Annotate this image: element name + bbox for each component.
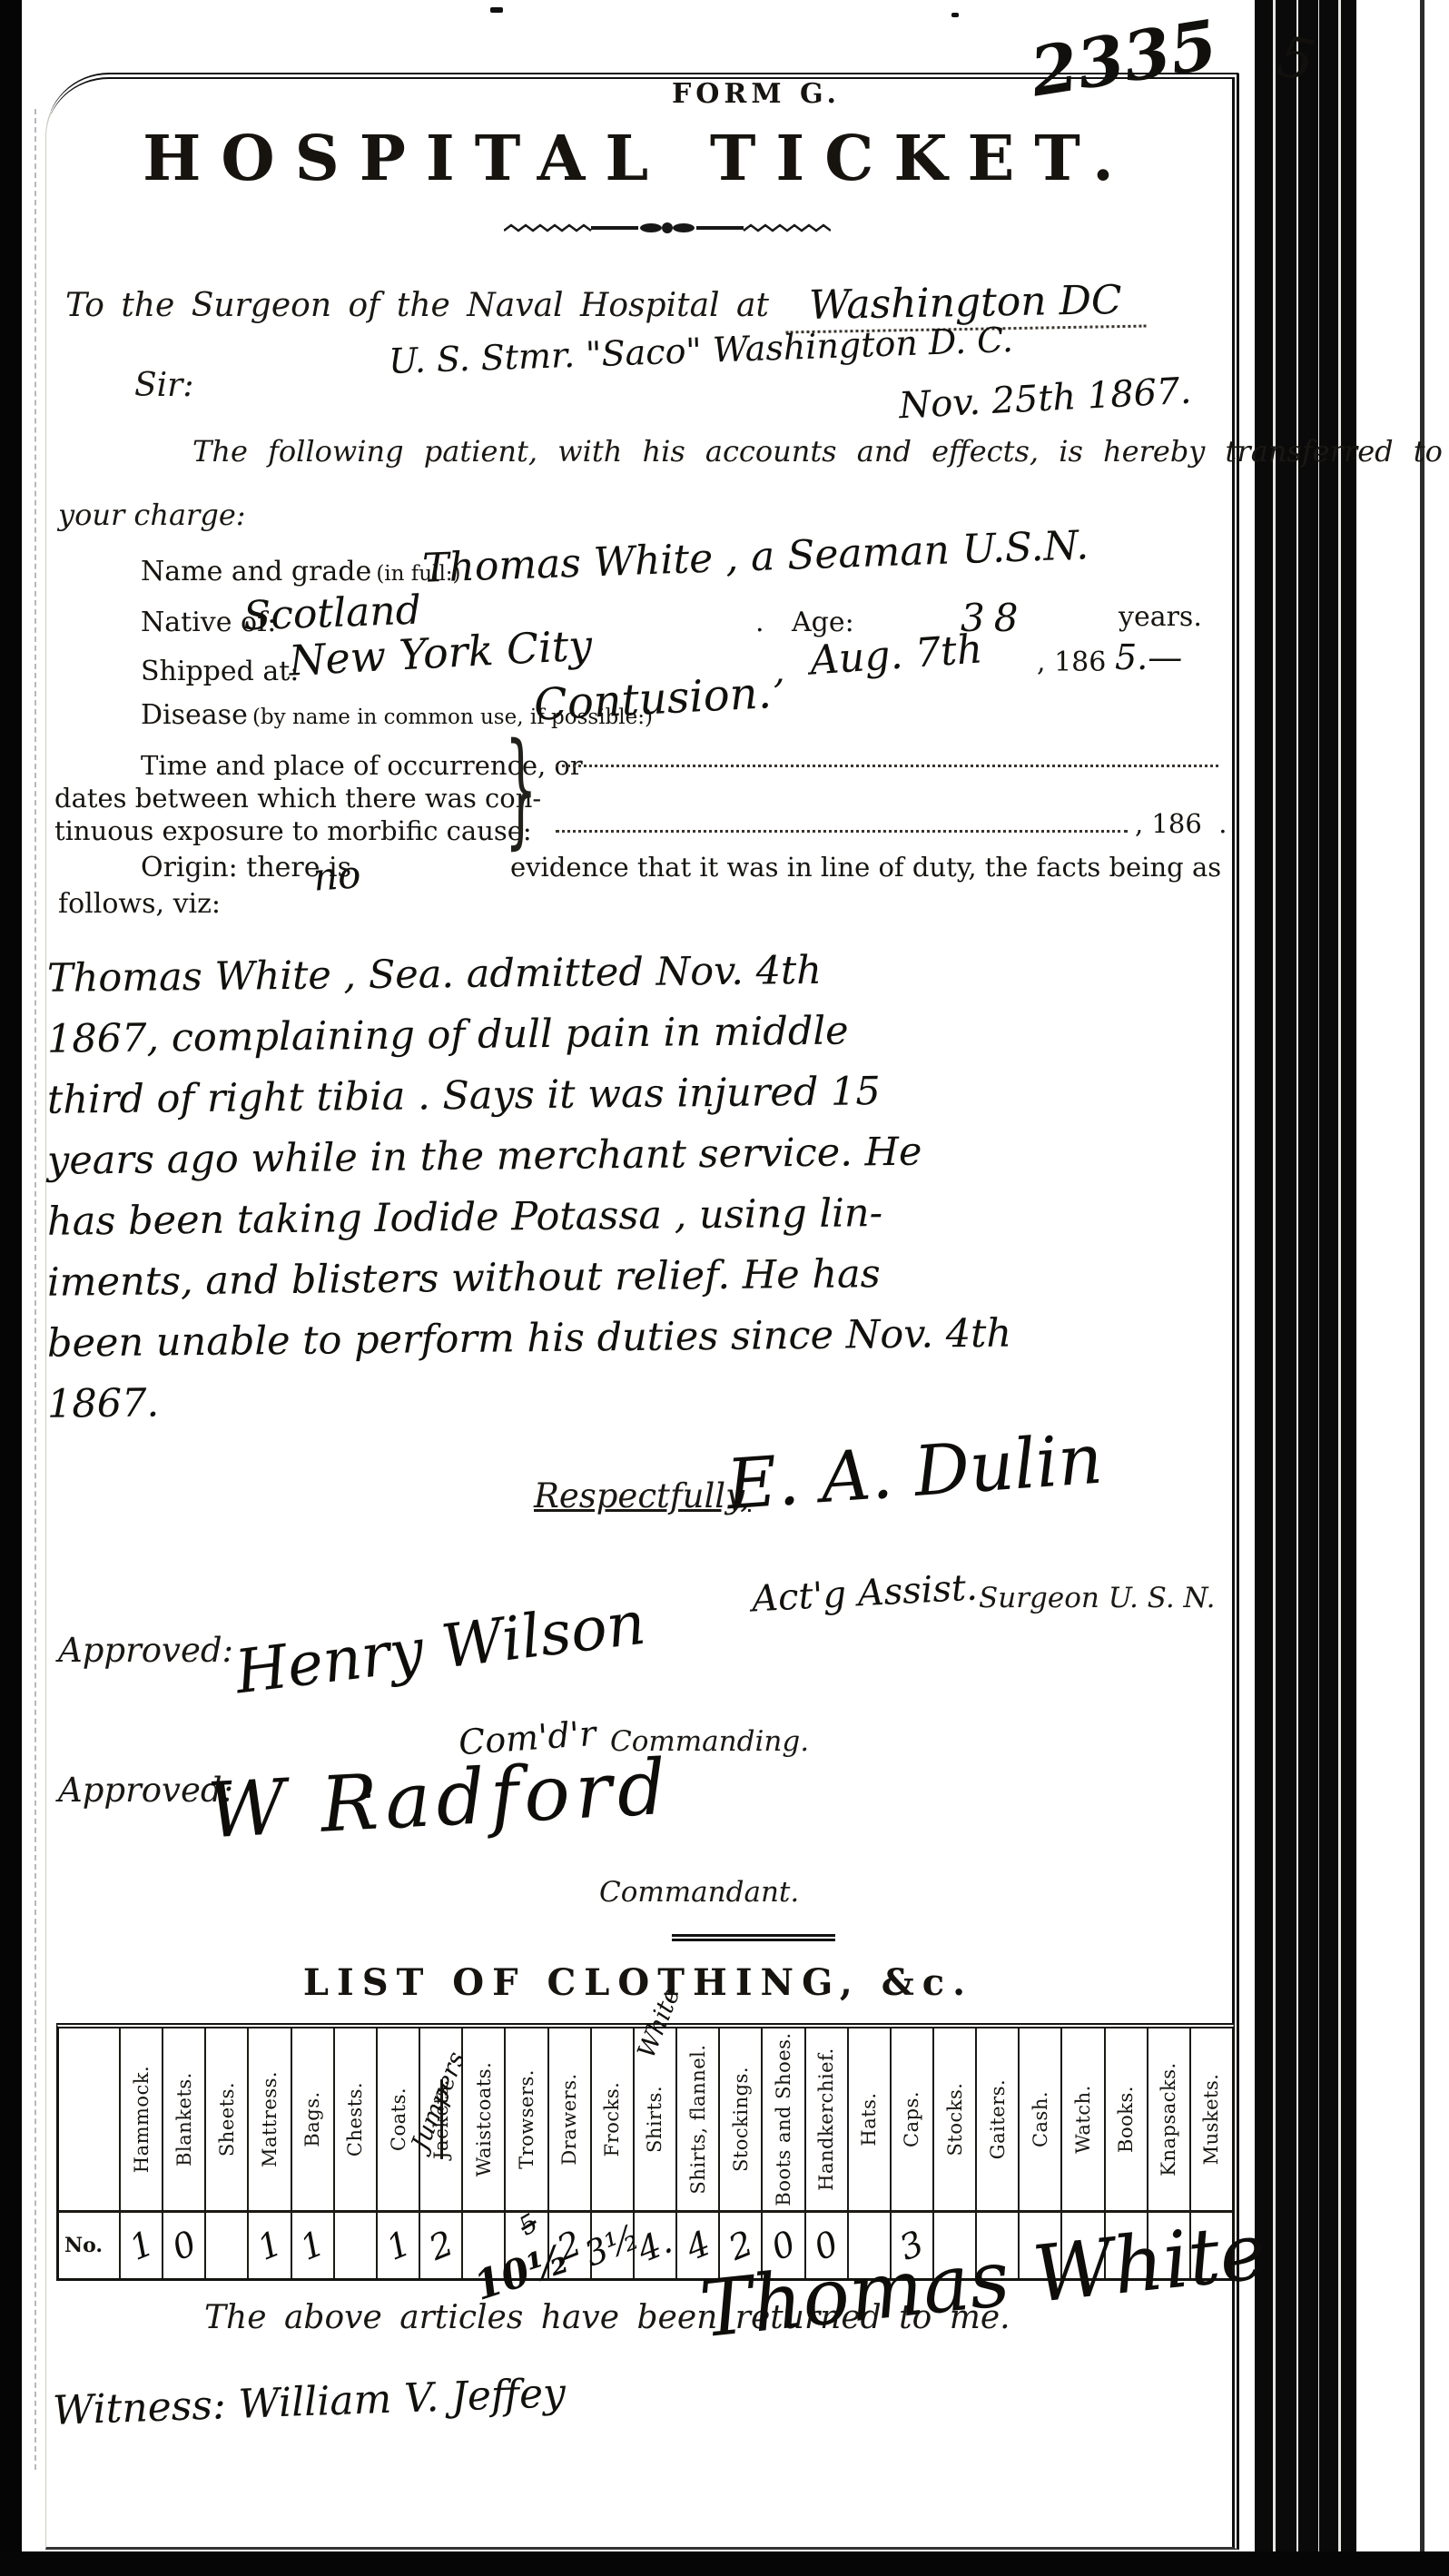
- salutation-line: To the Surgeon of the Naval Hospital at …: [65, 280, 1227, 331]
- narrative-paragraph: Thomas White , Sea. admitted Nov. 4th186…: [47, 943, 1218, 1429]
- clothing-header-cell: Boots and Shoes.: [763, 2028, 803, 2213]
- clothing-col-hats: Hats.: [849, 2028, 892, 2278]
- shipped-year-entry: 5.—: [1115, 637, 1182, 677]
- clothing-count: 4: [680, 2223, 715, 2268]
- scan-speck: [951, 13, 959, 17]
- clothing-column-label: Shirts.: [644, 2086, 665, 2153]
- commandant-label: Commandant.: [599, 1876, 799, 1909]
- clothing-column-label: Stocks.: [944, 2083, 966, 2157]
- shipped-year-printed: , 186: [1037, 646, 1106, 678]
- clothing-header-cell: Coats.: [378, 2028, 419, 2213]
- clothing-col-blankets: Blankets.0: [163, 2028, 206, 2278]
- clothing-col-shirts-flannel: Shirts, flannel.4: [677, 2028, 720, 2278]
- origin-suffix: evidence that it was in line of duty, th…: [510, 852, 1221, 883]
- clothing-value-cell: 3½: [592, 2213, 633, 2278]
- shipped-comma: ,: [774, 650, 785, 692]
- occurrence-label-line2: dates between which there was con-: [54, 783, 541, 814]
- clothing-value-cell: 1: [292, 2213, 333, 2278]
- binding-streak: [1338, 0, 1341, 2576]
- clothing-list-title: LIST OF CLOTHING, &c.: [50, 1961, 1227, 2004]
- clothing-value-cell: [206, 2213, 247, 2278]
- clothing-col-sheets: Sheets.: [206, 2028, 249, 2278]
- clothing-column-label: Hammock.: [131, 2066, 153, 2173]
- clothing-column-label: Mattress.: [259, 2071, 281, 2167]
- age-suffix: years.: [1119, 601, 1202, 633]
- clothing-header-cell: Sheets.: [206, 2028, 247, 2213]
- clothing-value-cell: 1: [378, 2213, 419, 2278]
- clothing-header-cell: Stockings.: [720, 2028, 761, 2213]
- clothing-value-cell: 2: [420, 2213, 461, 2278]
- clothing-col-bags: Bags.1: [292, 2028, 335, 2278]
- clothing-column-label: Watch.: [1072, 2085, 1094, 2154]
- clothing-header-cell: Knapsacks.: [1148, 2028, 1189, 2213]
- clothing-col-trowsers: Trowsers.510½: [506, 2028, 548, 2278]
- clothing-value-cell: 4.: [635, 2213, 675, 2278]
- surgeon-title-printed: Surgeon U. S. N.: [979, 1582, 1216, 1614]
- approved-label-1: Approved:: [58, 1631, 233, 1670]
- clothing-header-cell: Handkerchief.: [806, 2028, 847, 2213]
- scan-left-edge: [0, 0, 22, 2576]
- clothing-col-jackets: Jackets.Jumpers2: [420, 2028, 463, 2278]
- clothing-column-label: Hats.: [858, 2092, 880, 2146]
- salutation-printed: To the Surgeon of the Naval Hospital at: [65, 287, 769, 324]
- occurrence-blank-line-1: [556, 745, 1218, 767]
- scan-page-edge-line: [1420, 0, 1424, 2576]
- clothing-col-stockings: Stockings.2: [720, 2028, 763, 2278]
- clothing-col-handkerchief: Handkerchief.0: [806, 2028, 849, 2278]
- clothing-column-label: Trowsers.: [516, 2069, 537, 2169]
- clothing-header-cell: Waistcoats.: [463, 2028, 504, 2213]
- clothing-col-hammock: Hammock.1: [121, 2028, 163, 2278]
- binding-streak: [1273, 0, 1276, 2576]
- section-divider: [672, 1934, 835, 1941]
- clothing-header-cell: Stocks.: [934, 2028, 975, 2213]
- sir-label: Sir:: [134, 367, 194, 404]
- clothing-col-boots-and-shoes: Boots and Shoes.0: [763, 2028, 805, 2278]
- clothing-col-shirts: Shirts.White4.: [635, 2028, 677, 2278]
- clothing-header-cell: Muskets.: [1191, 2028, 1232, 2213]
- scan-book-binding-band: [1255, 0, 1356, 2576]
- clothing-value-cell: 1: [249, 2213, 290, 2278]
- clothing-column-label: Sheets.: [216, 2082, 238, 2157]
- name-row: Name and grade (in full:): [141, 556, 461, 587]
- clothing-count: 1: [295, 2223, 330, 2268]
- clothing-header-blank: [59, 2028, 119, 2213]
- clothing-column-label: Waistcoats.: [473, 2062, 495, 2177]
- clothing-header-cell: Bags.: [292, 2028, 333, 2213]
- origin-entry: no: [311, 852, 362, 900]
- ornament-divider: [504, 218, 831, 243]
- clothing-col-no: No.: [59, 2028, 121, 2278]
- clothing-header-cell: Watch.: [1062, 2028, 1103, 2213]
- clothing-column-label: Gaiters.: [987, 2079, 1009, 2159]
- clothing-header-cell: Chests.: [335, 2028, 376, 2213]
- respectfully-label: Respectfully,: [534, 1476, 751, 1515]
- occurrence-label-line3: tinuous exposure to morbific cause:: [54, 815, 532, 846]
- clothing-column-label: Books.: [1115, 2086, 1137, 2153]
- clothing-count: 0: [166, 2223, 202, 2268]
- clothing-header-cell: Frocks.: [592, 2028, 633, 2213]
- clothing-col-chests: Chests.: [335, 2028, 378, 2278]
- clothing-header-cell: Books.: [1106, 2028, 1147, 2213]
- clothing-value-cell: 1: [121, 2213, 162, 2278]
- clothing-column-label: Frocks.: [601, 2082, 623, 2157]
- intro-line-1: The following patient, with his accounts…: [192, 434, 1443, 469]
- clothing-column-label: Knapsacks.: [1158, 2062, 1179, 2176]
- clothing-column-label: Muskets.: [1200, 2074, 1222, 2166]
- scan-speck: [490, 7, 503, 13]
- clothing-column-label: Blankets.: [173, 2072, 195, 2166]
- clothing-header-cell: Drawers.: [549, 2028, 590, 2213]
- age-label: Age:: [792, 607, 854, 638]
- clothing-count: 1: [252, 2223, 288, 2268]
- scan-bottom-edge: [0, 2551, 1449, 2576]
- occurrence-brace: }: [505, 718, 537, 863]
- scan-left-dashed-line: [34, 109, 36, 2470]
- clothing-count-struck: 5: [514, 2207, 543, 2241]
- row-label: No.: [64, 2234, 103, 2257]
- name-label: Name and grade: [141, 556, 371, 587]
- clothing-count: 1: [380, 2223, 416, 2268]
- clothing-header-cell: Shirts, flannel.: [677, 2028, 718, 2213]
- clothing-column-label: Drawers.: [558, 2073, 580, 2165]
- clothing-column-label: Handkerchief.: [815, 2048, 837, 2191]
- clothing-column-label: Boots and Shoes.: [773, 2032, 794, 2206]
- clothing-col-frocks: Frocks.3½: [592, 2028, 635, 2278]
- clothing-header-cell: Jackets.Jumpers: [420, 2028, 461, 2213]
- binding-streak: [1296, 0, 1298, 2576]
- clothing-col-waistcoats: Waistcoats.: [463, 2028, 506, 2278]
- binding-streak: [1318, 0, 1319, 2576]
- clothing-header-cell: Hammock.: [121, 2028, 162, 2213]
- occurrence-year-printed: , 186 .: [1135, 808, 1227, 839]
- occurrence-blank-line-2: [556, 810, 1128, 833]
- shipped-label: Shipped at:: [141, 656, 299, 687]
- clothing-column-label: Stockings.: [730, 2067, 752, 2172]
- clothing-header-cell: Caps.: [892, 2028, 932, 2213]
- disease-label: Disease: [141, 699, 248, 731]
- clothing-header-cell: Gaiters.: [977, 2028, 1018, 2213]
- clothing-column-label: Cash.: [1030, 2091, 1051, 2147]
- clothing-value-cell: 0: [163, 2213, 204, 2278]
- clothing-header-cell: Blankets.: [163, 2028, 204, 2213]
- clothing-column-label: Bags.: [301, 2091, 323, 2147]
- origin-suffix-2: follows, viz:: [58, 888, 221, 920]
- clothing-header-cell: Hats.: [849, 2028, 890, 2213]
- clothing-col-coats: Coats.1: [378, 2028, 420, 2278]
- clothing-column-label: Caps.: [901, 2091, 922, 2147]
- clothing-row-label-cell: No.: [59, 2213, 119, 2278]
- clothing-value-cell: [335, 2213, 376, 2278]
- clothing-count: 4.: [632, 2221, 677, 2270]
- clothing-column-label: Chests.: [344, 2082, 366, 2157]
- intro-line-2: your charge:: [58, 498, 246, 532]
- clothing-value-cell: 510½: [506, 2213, 547, 2278]
- clothing-header-cell: Mattress.: [249, 2028, 290, 2213]
- clothing-header-cell: Shirts.White: [635, 2028, 675, 2213]
- clothing-column-label: Shirts, flannel.: [687, 2044, 709, 2194]
- page-title: HOSPITAL TICKET.: [50, 123, 1227, 195]
- clothing-header-cell: Trowsers.: [506, 2028, 547, 2213]
- age-dot: .: [755, 607, 764, 638]
- clothing-count: 1: [123, 2223, 159, 2268]
- clothing-header-cell: Cash.: [1020, 2028, 1060, 2213]
- clothing-col-mattress: Mattress.1: [249, 2028, 291, 2278]
- clothing-count: 2: [423, 2223, 458, 2268]
